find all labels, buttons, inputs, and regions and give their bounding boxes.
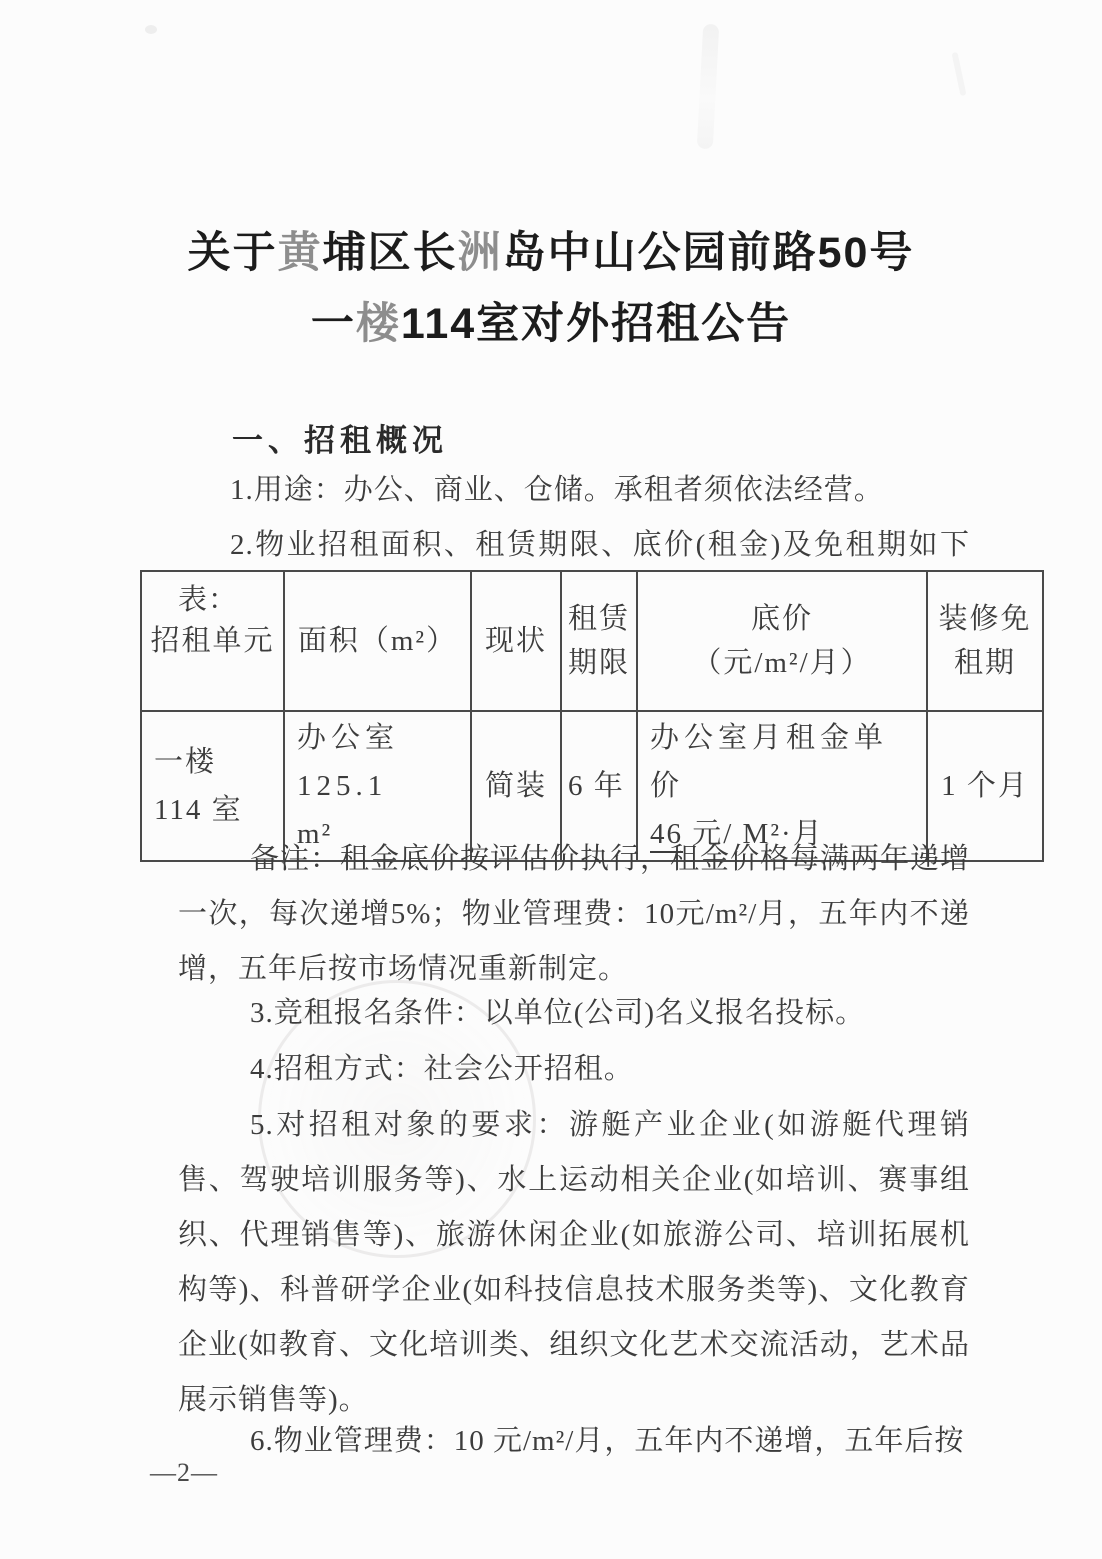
cell-price-line1: 办公室月租金单价 bbox=[644, 714, 920, 810]
col-header-price: 底价 （元/m²/月） bbox=[637, 571, 927, 711]
col-header-term: 租赁 期限 bbox=[561, 571, 637, 711]
document-title: 关于黄埔区长洲岛中山公园前路50号 一楼114室对外招租公告 bbox=[0, 218, 1102, 360]
col-header-price-line2: （元/m²/月） bbox=[644, 641, 920, 685]
col-header-rentfree-line1: 装修免 bbox=[934, 597, 1036, 641]
para-item-1: 1.用途：办公、商业、仓储。承租者须依法经营。 bbox=[178, 463, 970, 518]
cell-unit-line2: 114 室 bbox=[148, 786, 277, 834]
col-header-rentfree: 装修免 租期 bbox=[927, 571, 1043, 711]
title-segment-faded: 黄 bbox=[278, 229, 323, 277]
cell-area-line1: 办公室 125.1 bbox=[291, 714, 464, 810]
title-segment: 埔区长 bbox=[323, 229, 458, 277]
para-item-5: 5.对招租对象的要求：游艇产业企业(如游艇代理销售、驾驶培训服务等)、水上运动相… bbox=[178, 1098, 970, 1428]
col-header-unit: 招租单元 bbox=[141, 571, 284, 711]
scan-smudge bbox=[951, 52, 966, 96]
para-item-6: 6.物业管理费：10 元/m²/月，五年内不递增，五年后按 bbox=[178, 1414, 970, 1469]
para-item-3: 3.竞租报名条件：以单位(公司)名义报名投标。 bbox=[178, 986, 970, 1041]
col-header-rentfree-line2: 租期 bbox=[934, 641, 1036, 685]
col-header-price-line1: 底价 bbox=[644, 597, 920, 641]
cell-unit-line1: 一楼 bbox=[148, 738, 277, 786]
col-header-condition: 现状 bbox=[471, 571, 561, 711]
title-segment-faded: 楼 bbox=[356, 300, 401, 348]
title-segment: 岛中山公园前路50号 bbox=[503, 229, 915, 277]
title-line-1: 关于黄埔区长洲岛中山公园前路50号 bbox=[0, 218, 1102, 289]
title-segment: 一 bbox=[311, 300, 356, 348]
page-number: —2— bbox=[150, 1458, 218, 1488]
title-segment: 114室对外招租公告 bbox=[401, 300, 791, 348]
table-header-row: 招租单元 面积（m²） 现状 租赁 期限 底价 （元/m²/月） 装修免 租期 bbox=[141, 571, 1043, 711]
document-page: 关于黄埔区长洲岛中山公园前路50号 一楼114室对外招租公告 一、招租概况 1.… bbox=[0, 0, 1102, 1559]
section-heading: 一、招租概况 bbox=[232, 415, 448, 460]
title-line-2: 一楼114室对外招租公告 bbox=[0, 289, 1102, 360]
notes-paragraph: 备注：租金底价按评估价执行，租金价格每满两年递增一次，每次递增5%；物业管理费：… bbox=[178, 832, 970, 997]
scan-smudge bbox=[145, 25, 157, 34]
title-segment-faded: 洲 bbox=[458, 229, 503, 277]
col-header-term-line1: 租赁 bbox=[568, 597, 630, 641]
rental-table: 招租单元 面积（m²） 现状 租赁 期限 底价 （元/m²/月） 装修免 租期 … bbox=[140, 570, 1044, 862]
col-header-area: 面积（m²） bbox=[284, 571, 471, 711]
scan-smudge bbox=[697, 24, 720, 150]
title-segment: 关于 bbox=[188, 229, 278, 277]
col-header-term-line2: 期限 bbox=[568, 641, 630, 685]
para-item-4: 4.招租方式：社会公开招租。 bbox=[178, 1042, 970, 1097]
